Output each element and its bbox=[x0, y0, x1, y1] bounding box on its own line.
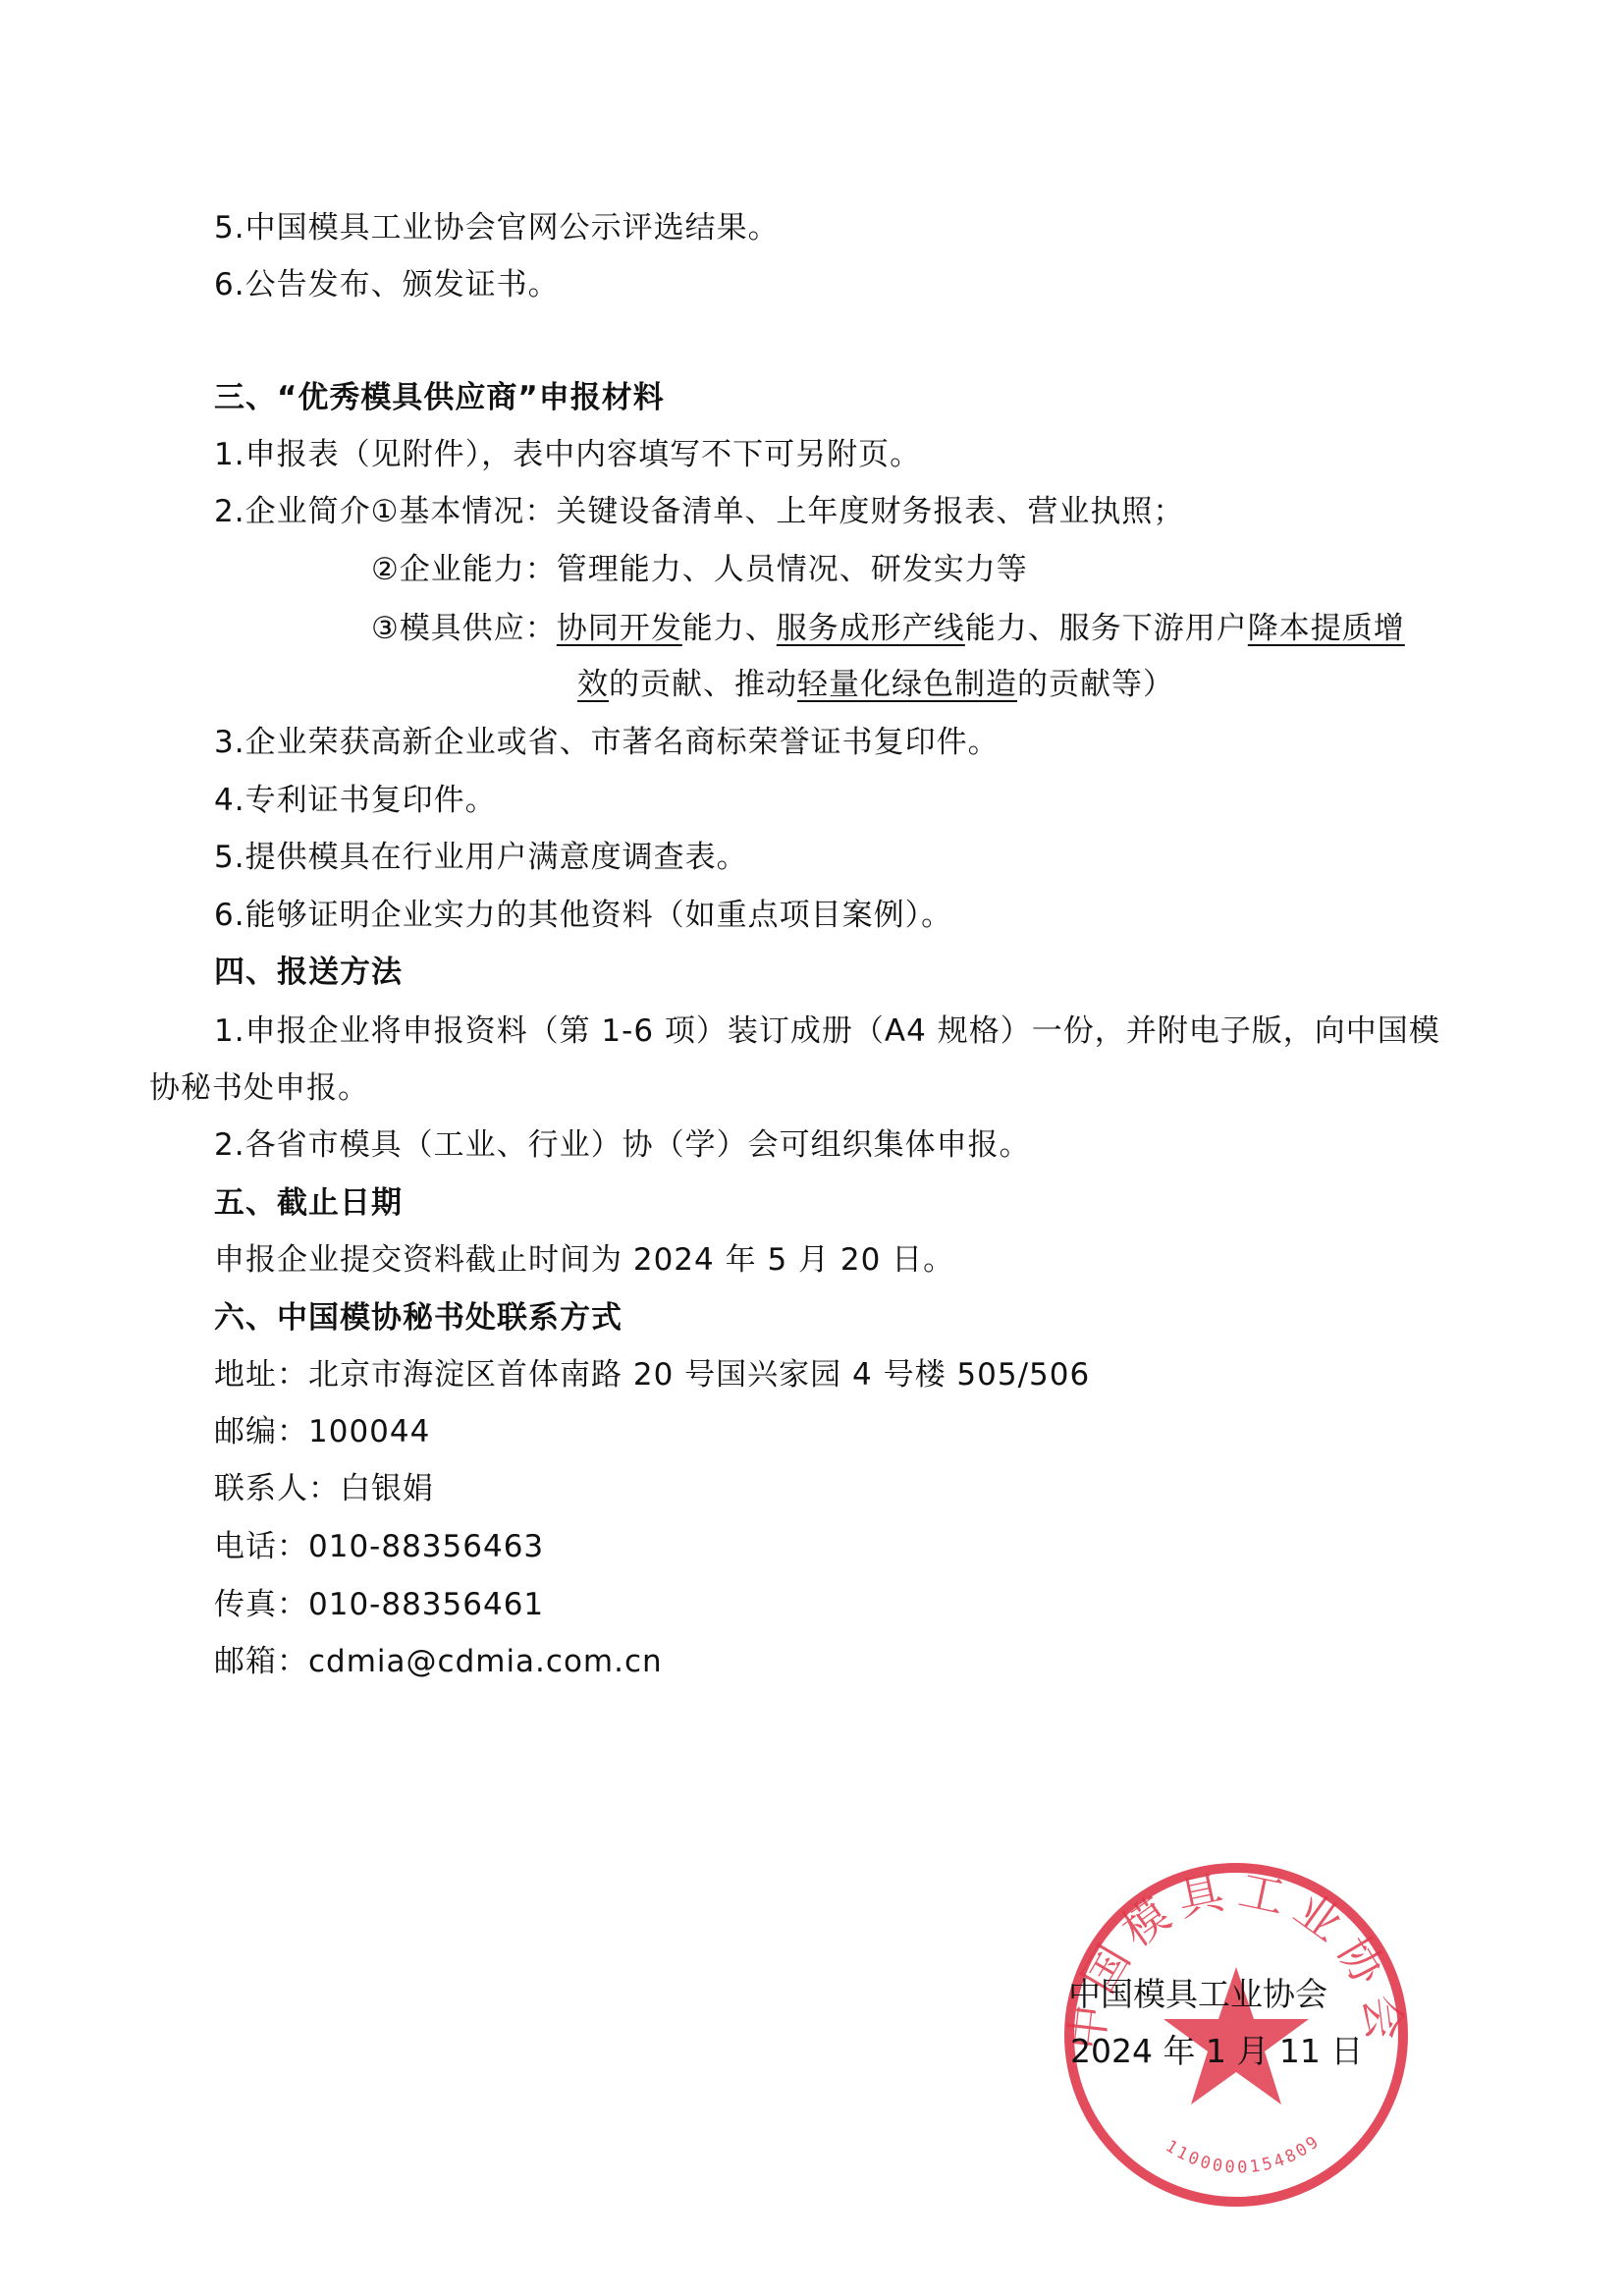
signature-org: 中国模具工业协会 bbox=[1068, 1974, 1327, 2015]
underlined-text: 服务成形产线 bbox=[777, 611, 965, 646]
section3-item1: 1.申报表（见附件），表中内容填写不下可另附页。 bbox=[214, 435, 921, 474]
section5-text: 申报企业提交资料截止时间为 2024 年 5 月 20 日。 bbox=[214, 1240, 954, 1280]
section3-item2-b: ②企业能力：管理能力、人员情况、研发实力等 bbox=[371, 550, 1028, 589]
underlined-text: 降本提质增 bbox=[1248, 611, 1405, 646]
section3-heading: 三、“优秀模具供应商”申报材料 bbox=[214, 378, 665, 417]
process-step-6: 6.公告发布、颁发证书。 bbox=[214, 265, 560, 304]
text-segment: 能力、服务下游用户 bbox=[965, 611, 1248, 646]
text-segment: 能力、 bbox=[682, 611, 777, 646]
section6-heading: 六、中国模协秘书处联系方式 bbox=[214, 1298, 622, 1338]
contact-postcode: 邮编：100044 bbox=[214, 1412, 430, 1451]
text-segment: 的贡献、推动 bbox=[609, 667, 797, 702]
section3-item4: 4.专利证书复印件。 bbox=[214, 781, 497, 820]
section3-item5: 5.提供模具在行业用户满意度调查表。 bbox=[214, 838, 748, 877]
seal-number: 1100000154809 bbox=[1162, 2131, 1325, 2178]
section3-item2-c: ③模具供应：协同开发能力、服务成形产线能力、服务下游用户降本提质增 bbox=[371, 609, 1405, 648]
contact-person: 联系人：白银娟 bbox=[214, 1469, 434, 1508]
underlined-text: 效 bbox=[577, 667, 609, 702]
document-page: 5.中国模具工业协会官网公示评选结果。 6.公告发布、颁发证书。 三、“优秀模具… bbox=[0, 0, 1623, 2296]
process-step-5: 5.中国模具工业协会官网公示评选结果。 bbox=[214, 208, 780, 247]
section4-item2: 2.各省市模具（工业、行业）协（学）会可组织集体申报。 bbox=[214, 1125, 1031, 1165]
underlined-text: 协同开发 bbox=[557, 611, 682, 646]
section3-item3: 3.企业荣获高新企业或省、市著名商标荣誉证书复印件。 bbox=[214, 723, 1000, 762]
contact-email: 邮箱：cdmia@cdmia.com.cn bbox=[214, 1642, 663, 1681]
section4-heading: 四、报送方法 bbox=[214, 953, 403, 992]
svg-text:1100000154809: 1100000154809 bbox=[1162, 2131, 1325, 2178]
section3-item2: 2.企业简介①基本情况：关键设备清单、上年度财务报表、营业执照； bbox=[214, 492, 1184, 531]
underlined-text: 轻量化绿色制造 bbox=[797, 667, 1017, 702]
section4-item1-cont: 协秘书处申报。 bbox=[149, 1068, 369, 1108]
section3-item6: 6.能够证明企业实力的其他资料（如重点项目案例）。 bbox=[214, 896, 952, 935]
contact-phone: 电话：010-88356463 bbox=[214, 1527, 544, 1566]
text-segment: 的贡献等） bbox=[1017, 667, 1174, 702]
contact-address: 地址：北京市海淀区首体南路 20 号国兴家园 4 号楼 505/506 bbox=[214, 1355, 1090, 1394]
item2c-label: ③模具供应： bbox=[371, 611, 557, 646]
contact-fax: 传真：010-88356461 bbox=[214, 1585, 544, 1624]
section3-item2-c-cont: 效的贡献、推动轻量化绿色制造的贡献等） bbox=[577, 665, 1174, 704]
section5-heading: 五、截止日期 bbox=[214, 1183, 403, 1223]
section4-item1: 1.申报企业将申报资料（第 1-6 项）装订成册（A4 规格）一份，并附电子版，… bbox=[214, 1011, 1440, 1051]
signature-date: 2024 年 1 月 11 日 bbox=[1070, 2031, 1363, 2072]
